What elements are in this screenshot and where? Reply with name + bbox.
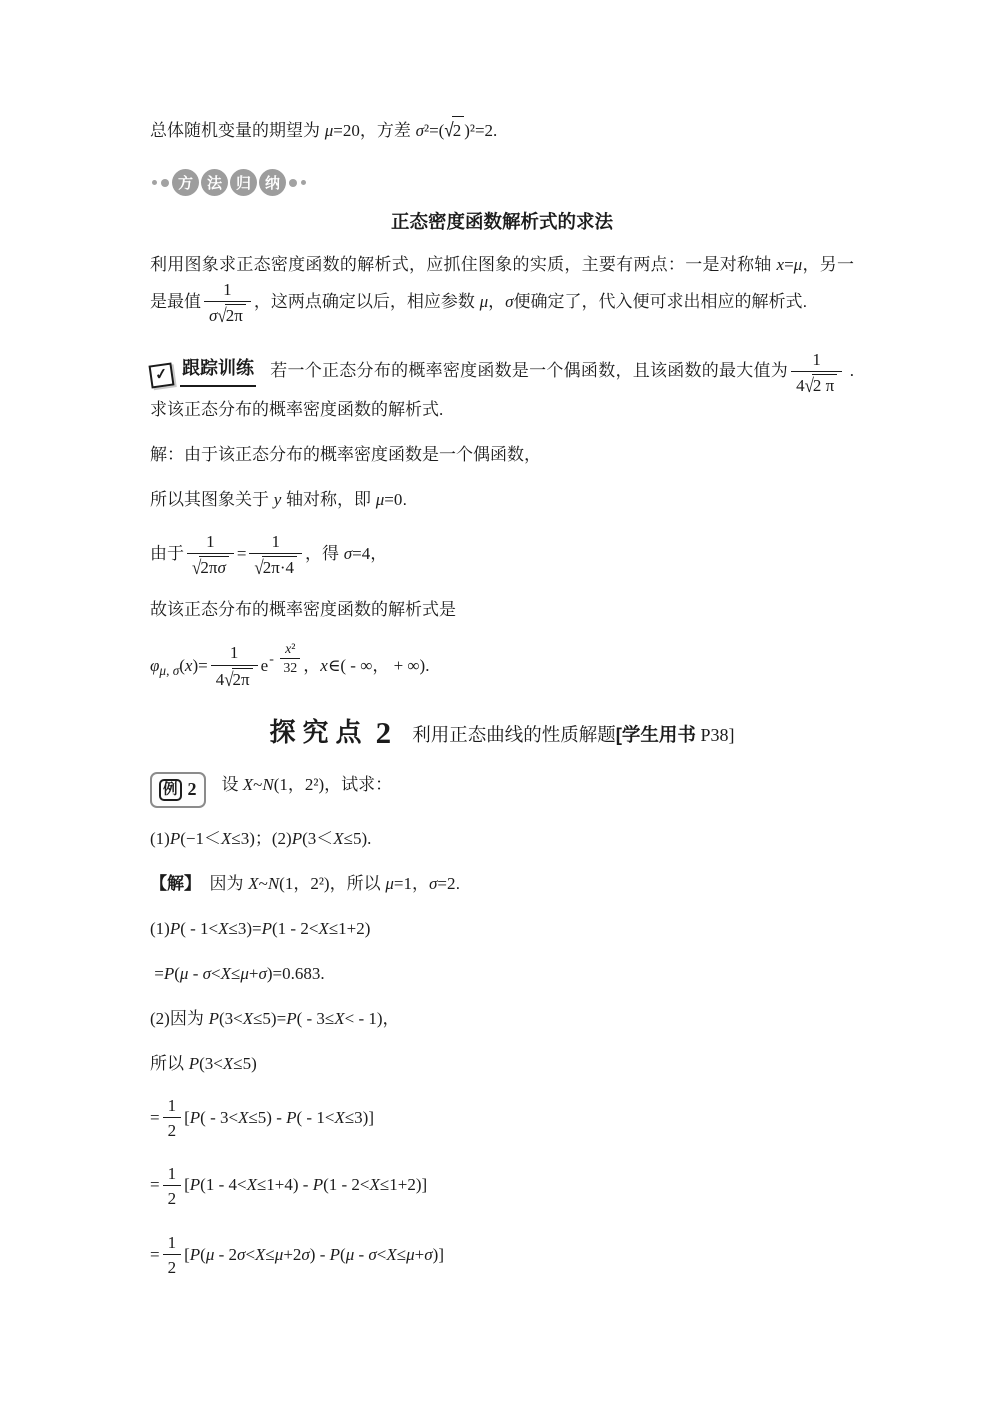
text-run: 设 (222, 775, 243, 794)
text-run: ，方差 (360, 121, 416, 140)
numerator: 1 (211, 642, 258, 665)
radicand: 2π·4 (262, 556, 297, 578)
math-run: 1 (168, 1096, 177, 1115)
text-run: 由于 (150, 544, 184, 563)
para-answer-line-5: =12[P( - 3<X≤5) - P( - 1<X≤3)] (150, 1095, 854, 1142)
fraction: x²32 (280, 641, 300, 678)
explore-label: 探究点 (270, 717, 369, 747)
text-run: 因为 (170, 1009, 209, 1028)
math-run: 1 (812, 350, 821, 369)
math-run: x=μ (777, 255, 803, 274)
text-run: ，试求： (324, 775, 392, 794)
text-run: . (402, 490, 407, 509)
math-run: X~N(1，2²) (248, 874, 329, 893)
para-method-explanation: 利用图象求正态密度函数的解析式，应抓住图象的实质，主要有两点：一是对称轴 x=μ… (150, 251, 854, 327)
text-run: ，得 (305, 544, 344, 563)
text-run: 轴对称，即 (281, 490, 375, 509)
radicand: 2πσ (199, 556, 228, 578)
radical: √2πσ (192, 556, 229, 578)
badge-dot-icon (301, 180, 306, 185)
explore-ref-page: P38] (696, 725, 735, 745)
math-run: μ (480, 292, 489, 311)
method-badge-char: 法 (201, 169, 228, 196)
radical: √2π (217, 304, 245, 326)
para-answer-line-7: =12[P(μ - 2σ<X≤μ+2σ) - P(μ - σ<X≤μ+σ)] (150, 1232, 854, 1279)
solution-label: 【解】 (150, 874, 193, 893)
para-answer-line-3: (2)因为 P(3<X≤5)=P( - 3≤X< - 1)， (150, 1005, 854, 1033)
explore-subtitle: 利用正态曲线的性质解题 (412, 724, 616, 745)
explore-number: 2 (376, 715, 392, 750)
numerator: 1 (163, 1163, 182, 1186)
math-run: σ²=( (416, 121, 445, 140)
line-content: (2)因为 P(3<X≤5)=P( - 3≤X< - 1)， (150, 1009, 400, 1028)
math-run: σ (209, 306, 217, 325)
method-badge: 方 法 归 纳 (150, 169, 854, 196)
radical: √2π·4 (254, 556, 297, 578)
math-run: φ (150, 656, 159, 675)
denominator: 32 (280, 659, 300, 677)
math-run: 1 (271, 532, 280, 551)
line-content: 解：由于该正态分布的概率密度函数是一个偶函数， (150, 445, 541, 464)
math-run: - (269, 652, 277, 667)
math-run: (x)= (179, 656, 207, 675)
radical: √2 π (805, 374, 838, 396)
math-run: σ=4 (344, 544, 370, 563)
para-answer-line-6: =12[P(1 - 4<X≤1+4) - P(1 - 2<X≤1+2)] (150, 1163, 854, 1210)
badge-dot-icon (289, 179, 297, 187)
para-answer-line-2: =P(μ - σ<X≤μ+σ)=0.683. (150, 960, 854, 988)
method-badge-char: 归 (230, 169, 257, 196)
line-content: 总体随机变量的期望为 μ=20，方差 σ²=(√2)²=2. (150, 121, 497, 140)
example-badge: 例2 (150, 772, 206, 808)
method-badge-char: 纳 (259, 169, 286, 196)
radical: √2 (444, 116, 464, 145)
math-run: = (237, 544, 247, 563)
radical-sign-icon: √ (254, 556, 263, 580)
math-run: 2 (168, 1258, 177, 1277)
math-run: 4 (796, 376, 805, 395)
denominator: 2 (163, 1186, 182, 1209)
math-run: P(3<X≤5) (189, 1054, 257, 1073)
subscript: μ, σ (159, 660, 179, 682)
radicand: 2π (225, 304, 246, 326)
para-solution-1: 解：由于该正态分布的概率密度函数是一个偶函数， (150, 441, 854, 469)
para-example: 例2设 X~N(1，2²)，试求： (150, 771, 854, 808)
text-run: 总体随机变量的期望为 (150, 121, 325, 140)
math-run: (2) (150, 1009, 170, 1028)
math-run: (1)P(−1＜X≤3)；(2)P(3＜X≤5). (150, 829, 371, 848)
line-content: 由于1√2πσ=1√2π·4，得 σ=4， (150, 544, 387, 563)
text-run: ， (383, 1009, 400, 1028)
textbook-page: 总体随机变量的期望为 μ=20，方差 σ²=(√2)²=2. 方 法 归 纳 正… (0, 0, 1000, 1279)
numerator: 1 (163, 1232, 182, 1255)
math-run: 2 π (813, 376, 834, 395)
fraction: 1√2π·4 (249, 531, 302, 579)
text-run: ， (412, 874, 429, 893)
radicand: 2π (232, 668, 253, 690)
line-content: =P(μ - σ<X≤μ+σ)=0.683. (150, 964, 325, 983)
math-run: 1 (230, 643, 239, 662)
math-run: X~N(1，2²) (243, 775, 324, 794)
check-icon: ✓ (149, 363, 175, 389)
para-tracking-exercise: ✓跟踪训练若一个正态分布的概率密度函数是一个偶函数，且该函数的最大值为14√2 … (150, 349, 854, 425)
para-answer-intro: 【解】 因为 X~N(1，2²)，所以 μ=1，σ=2. (150, 870, 854, 898)
numerator: 1 (187, 531, 234, 554)
line-content: 因为 X~N(1，2²)，所以 μ=1，σ=2. (193, 874, 461, 893)
line-content: =12[P(1 - 4<X≤1+4) - P(1 - 2<X≤1+2)] (150, 1175, 427, 1194)
math-run: (1)P( - 1<X≤3)=P(1 - 2<X≤1+2) (150, 919, 370, 938)
text-run: ，所以 (330, 874, 386, 893)
denominator: σ√2π (204, 302, 251, 326)
math-run: = (150, 1108, 160, 1127)
fraction: 12 (163, 1163, 182, 1210)
fraction: 12 (163, 1095, 182, 1142)
line-content: (1)P( - 1<X≤3)=P(1 - 2<X≤1+2) (150, 919, 370, 938)
text-run: 解：由于该正态分布的概率密度函数是一个偶函数， (150, 445, 541, 464)
fraction: 14√2 π (791, 349, 842, 397)
superscript: - x²32 (269, 641, 303, 678)
explore-ref-bold: [学生用书 (616, 724, 696, 745)
math-run: 2π·4 (263, 558, 294, 577)
para-solution-formula: φμ, σ(x)=14√2πe- x²32，x∈( - ∞， + ∞). (150, 641, 854, 690)
denominator: √2π·4 (249, 554, 302, 578)
line-content: =12[P(μ - 2σ<X≤μ+2σ) - P(μ - σ<X≤μ+σ)] (150, 1245, 444, 1264)
line-content: 所以 P(3<X≤5) (150, 1054, 257, 1073)
math-run: [P( - 3<X≤5) - P( - 1<X≤3)] (184, 1108, 374, 1127)
radical-sign-icon: √ (192, 556, 201, 580)
math-run: 1 (168, 1164, 177, 1183)
fraction: 1σ√2π (204, 279, 251, 327)
numerator: x² (280, 641, 300, 659)
math-run: 2 (453, 121, 462, 140)
numerator: 1 (791, 349, 842, 372)
math-run: P(3<X≤5)=P( - 3≤X< - 1) (209, 1009, 383, 1028)
radicand: 2 π (812, 374, 837, 396)
math-run: 2π (233, 670, 250, 689)
denominator: √2πσ (187, 554, 234, 578)
math-run: 2πσ (200, 558, 225, 577)
text-run: 所以其图象关于 (150, 490, 274, 509)
math-run: )²=2. (464, 121, 497, 140)
radical-sign-icon: √ (217, 304, 226, 328)
para-answer-line-1: (1)P( - 1<X≤3)=P(1 - 2<X≤1+2) (150, 915, 854, 943)
math-run: x∈( - ∞， + ∞). (320, 656, 429, 675)
math-run: μ=20 (325, 121, 360, 140)
line-content: 故该正态分布的概率密度函数的解析式是 (150, 600, 456, 619)
line-content: 设 X~N(1，2²)，试求： (222, 775, 393, 794)
denominator: 2 (163, 1255, 182, 1278)
text-run: 利用图象求正态密度函数的解析式，应抓住图象的实质，主要有两点：一是对称轴 (150, 255, 777, 274)
math-run: = (150, 1245, 160, 1264)
math-run: 2π (226, 306, 243, 325)
text-run: ， (488, 292, 505, 311)
math-run: =P(μ - σ<X≤μ+σ)=0.683. (150, 964, 325, 983)
math-run: 32 (283, 661, 297, 676)
numerator: 1 (249, 531, 302, 554)
fraction: 1√2πσ (187, 531, 234, 579)
line-content: 利用图象求正态密度函数的解析式，应抓住图象的实质，主要有两点：一是对称轴 x=μ… (150, 255, 854, 311)
text-run: 便确定了，代入便可求出相应的解析式. (514, 292, 808, 311)
denominator: 4√2π (211, 666, 258, 690)
method-badge-char: 方 (172, 169, 199, 196)
para-solution-3: 由于1√2πσ=1√2π·4，得 σ=4， (150, 531, 854, 579)
text-run: 所以 (150, 1054, 189, 1073)
math-run: μ, σ (159, 663, 179, 678)
text-run: ，这两点确定以后，相应参数 (254, 292, 480, 311)
radical: √2π (224, 668, 252, 690)
tracking-label: 跟踪训练 (180, 354, 256, 387)
fraction: 14√2π (211, 642, 258, 690)
line-content: =12[P( - 3<X≤5) - P( - 1<X≤3)] (150, 1108, 374, 1127)
math-run: = (150, 1175, 160, 1194)
radical-sign-icon: √ (444, 115, 453, 147)
text-run: 因为 (193, 874, 249, 893)
text-run: 故该正态分布的概率密度函数的解析式是 (150, 600, 456, 619)
math-run: 1 (206, 532, 215, 551)
check-glyph: ✓ (154, 362, 170, 388)
math-run: [P(1 - 4<X≤1+4) - P(1 - 2<X≤1+2)] (184, 1175, 427, 1194)
example-tag: 例 (159, 779, 182, 801)
line-content: φμ, σ(x)=14√2πe- x²32，x∈( - ∞， + ∞). (150, 656, 429, 675)
text-run: . (455, 874, 460, 893)
math-run: μ=0 (376, 490, 403, 509)
method-title: 正态密度函数解析式的求法 (150, 208, 854, 234)
math-run: μ=1 (385, 874, 412, 893)
para-answer-line-4: 所以 P(3<X≤5) (150, 1050, 854, 1078)
para-expectation: 总体随机变量的期望为 μ=20，方差 σ²=(√2)²=2. (150, 116, 854, 145)
radical-sign-icon: √ (805, 373, 814, 397)
radical-sign-icon: √ (224, 667, 233, 691)
para-example-questions: (1)P(−1＜X≤3)；(2)P(3＜X≤5). (150, 825, 854, 853)
math-run: 4 (216, 670, 225, 689)
badge-dot-icon (152, 180, 157, 185)
math-run: 2 (168, 1189, 177, 1208)
explore-heading: 探究点 2 利用正态曲线的性质解题[学生用书 P38] (150, 712, 854, 751)
math-run: e (261, 656, 269, 675)
para-solution-2: 所以其图象关于 y 轴对称，即 μ=0. (150, 486, 854, 514)
fraction: 12 (163, 1232, 182, 1279)
text-run: ， (303, 656, 320, 675)
badge-dot-icon (161, 179, 169, 187)
line-content: 所以其图象关于 y 轴对称，即 μ=0. (150, 490, 407, 509)
math-run: x² (285, 642, 295, 657)
text-run: 若一个正态分布的概率密度函数是一个偶函数，且该函数的最大值为 (270, 361, 788, 380)
tracking-badge: ✓跟踪训练 (150, 354, 256, 387)
text-run: ， (370, 544, 387, 563)
denominator: 2 (163, 1118, 182, 1141)
example-number: 2 (188, 775, 197, 805)
math-run: [P(μ - 2σ<X≤μ+2σ) - P(μ - σ<X≤μ+σ)] (184, 1245, 444, 1264)
math-run: 1 (168, 1233, 177, 1252)
math-run: 2 (168, 1121, 177, 1140)
numerator: 1 (163, 1095, 182, 1118)
numerator: 1 (204, 279, 251, 302)
math-run: σ=2 (429, 874, 455, 893)
line-content: (1)P(−1＜X≤3)；(2)P(3＜X≤5). (150, 829, 371, 848)
math-run: σ (505, 292, 513, 311)
denominator: 4√2 π (791, 372, 842, 396)
math-run: 1 (223, 280, 232, 299)
para-solution-4: 故该正态分布的概率密度函数的解析式是 (150, 596, 854, 624)
